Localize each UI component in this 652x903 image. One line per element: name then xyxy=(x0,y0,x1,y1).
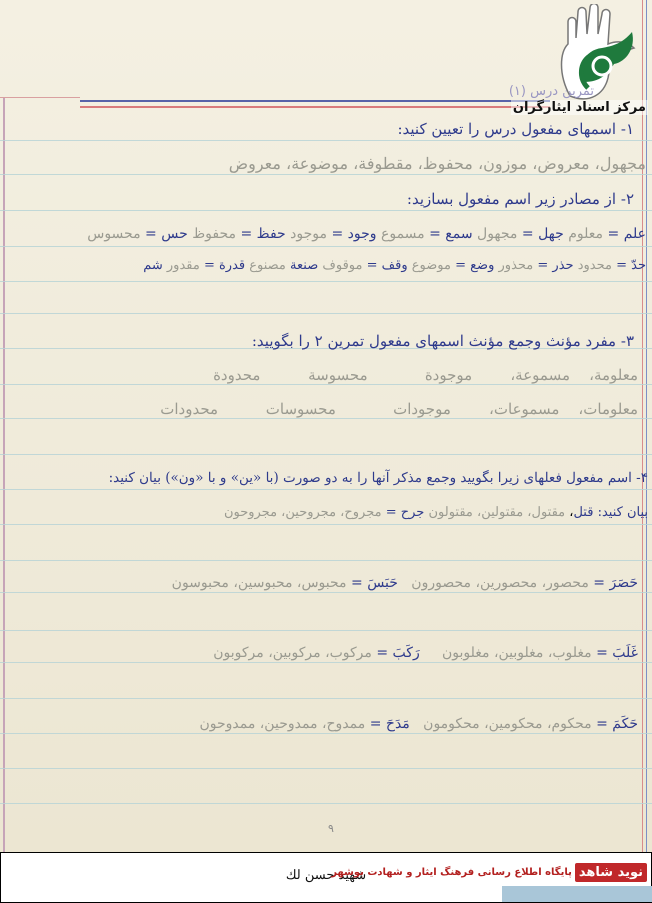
question-4-line-2: حَصَرَ = محصور، محصورین، محصورون حَبَسَ … xyxy=(172,575,638,591)
question-3-prompt: ۳- مفرد مؤنث وجمع مؤنث اسمهای مفعول تمری… xyxy=(252,332,634,350)
ruled-line xyxy=(0,384,652,385)
ruled-line xyxy=(0,454,652,455)
brand-mark-icon: نوید شاهد xyxy=(575,863,647,882)
ruled-line xyxy=(0,560,652,561)
ruled-line xyxy=(0,803,652,804)
question-3-singular: معلومة، مسموعة، موجودة محسوسة محدودة xyxy=(213,366,638,384)
ruled-line xyxy=(0,698,652,699)
question-4-line-3: غَلَبَ = مغلوب، مغلوبین، مغلوبون رَکَبَ … xyxy=(213,645,638,661)
question-4-line-4: حَکَمَ = محکوم، محکومین، محکومون مَدَحَ … xyxy=(199,716,638,732)
logo-caption: مرکز اسناد ایثارگران xyxy=(511,100,648,115)
ruled-line xyxy=(0,489,652,490)
ruled-line xyxy=(0,630,652,631)
right-margin-line xyxy=(642,0,643,852)
question-2-prompt: ۲- از مصادر زیر اسم مفعول بسازید: xyxy=(407,190,634,208)
notebook-page: تمرین درس (۱) مرکز اسناد ایثارگران ۱- اس… xyxy=(0,0,652,852)
ruled-line xyxy=(0,174,652,175)
ruled-line xyxy=(0,210,652,211)
ruled-line xyxy=(0,246,652,247)
question-2-row-1: علم = معلوم جهل = مجهول سمع = مسموع وجود… xyxy=(87,226,646,242)
ruled-line xyxy=(0,418,652,419)
question-4-prompt: ۴- اسم مفعول فعلهای زیرا بگویید وجمع مذک… xyxy=(109,470,648,486)
top-margin-line xyxy=(0,97,80,98)
ruled-line xyxy=(0,662,652,663)
ruled-line xyxy=(0,733,652,734)
question-2-row-2: حدّ = محدود حذر = محذور وضع = موضوع وقف … xyxy=(143,258,646,273)
header-pencil-note: تمرین درس (۱) xyxy=(509,84,594,99)
header-blue-line xyxy=(80,100,550,102)
ruled-line xyxy=(0,281,652,282)
question-4-line-1: بیان کنید: قتل، مقتول، مقتولین، مقتولون … xyxy=(224,505,648,520)
brand-text: پایگاه اطلاع رسانی فرهنگ ایثار و شهادت ب… xyxy=(331,867,572,878)
ruled-line xyxy=(0,592,652,593)
corner-decoration xyxy=(502,886,652,902)
ruled-line xyxy=(0,768,652,769)
ruled-line xyxy=(0,524,652,525)
brand-logo: نوید شاهد پایگاه اطلاع رسانی فرهنگ ایثار… xyxy=(331,863,647,882)
ruled-line xyxy=(0,140,652,141)
ruled-line xyxy=(0,313,652,314)
question-3-plural: معلومات، مسموعات، موجودات محسوسات محدودا… xyxy=(160,400,638,418)
page-number: ۹ xyxy=(328,822,334,835)
question-1-answer: مجهول، معروض، موزون، محفوظ، مقطوفة، موضو… xyxy=(229,154,646,173)
header-red-line xyxy=(80,106,550,108)
right-margin-line-blue xyxy=(646,0,647,852)
left-margin-line xyxy=(3,98,5,852)
question-1-prompt: ۱- اسمهای مفعول درس را تعیین کنید: xyxy=(397,120,634,138)
